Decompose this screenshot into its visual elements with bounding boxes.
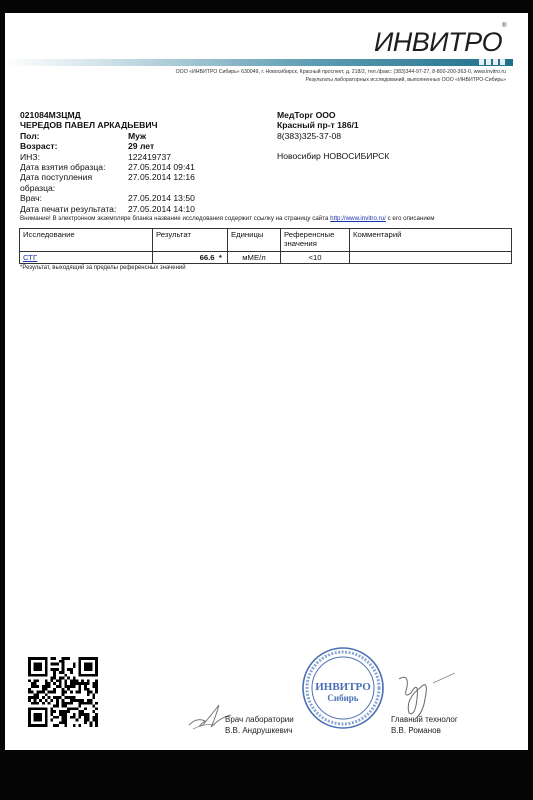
svg-text:Сибирь: Сибирь [327, 693, 358, 703]
clinic-info: МедТорг ООО Красный пр-т 186/1 8(383)325… [277, 110, 389, 162]
field-label: Врач: [20, 193, 128, 203]
patient-field-row: Дата поступления образца:27.05.2014 12:1… [20, 172, 195, 193]
lab-doctor-signature: Врач лаборатории В.В. Андрушкевич [225, 714, 294, 736]
col-header-reference: Референсные значения [281, 229, 350, 252]
footnote: *Результат, выходящий за пределы референ… [20, 265, 186, 271]
field-label: Возраст: [20, 141, 128, 151]
field-label: Дата поступления образца: [20, 172, 128, 193]
results-line: Результаты лабораторных исследований, вы… [305, 77, 506, 83]
field-value: 27.05.2014 09:41 [128, 162, 195, 172]
result-value: 66.6 [200, 253, 215, 262]
clinic-address: Красный пр-т 186/1 [277, 120, 389, 130]
table-row: СТГ 66.6 * мМЕ/л <10 [20, 252, 512, 264]
reference-cell: <10 [281, 252, 350, 264]
company-address: ООО «ИНВИТРО Сибирь» 630049, г. Новосиби… [176, 69, 506, 75]
clinic-name: МедТорг ООО [277, 110, 389, 120]
patient-field-row: Дата печати результата:27.05.2014 14:10 [20, 204, 195, 214]
table-header-row: Исследование Результат Единицы Референсн… [20, 229, 512, 252]
field-value: 27.05.2014 12:16 [128, 172, 195, 193]
header-bar [5, 59, 513, 66]
field-value: 27.05.2014 14:10 [128, 204, 195, 214]
patient-field-row: Врач:27.05.2014 13:50 [20, 193, 195, 203]
out-of-range-flag: * [219, 253, 222, 262]
logo-text: ИНВИТРО [374, 27, 502, 57]
lab-doctor-name: В.В. Андрушкевич [225, 725, 294, 736]
tech-name: В.В. Романов [391, 725, 458, 736]
field-label: Дата печати результата: [20, 204, 128, 214]
tech-title: Главный технолог [391, 714, 458, 725]
results-table: Исследование Результат Единицы Референсн… [19, 228, 512, 264]
result-cell: 66.6 * [153, 252, 228, 264]
order-id: 021084МЗЦМД [20, 110, 195, 120]
field-label: ИНЗ: [20, 152, 128, 162]
col-header-result: Результат [153, 229, 228, 252]
lab-report-page: ИНВИТРО® ООО «ИНВИТРО Сибирь» 630049, г.… [5, 13, 528, 750]
test-link[interactable]: СТГ [23, 253, 37, 262]
notice-text: Внимание! В электронном экземпляре бланк… [20, 215, 330, 222]
field-value: 29 лет [128, 141, 154, 151]
patient-field-row: Возраст:29 лет [20, 141, 195, 151]
notice-text-after: с его описанием [386, 215, 435, 222]
invitro-link[interactable]: http://www.invitro.ru/ [330, 215, 386, 222]
stamp-icon: ИНВИТРО Сибирь [301, 646, 385, 730]
units-cell: мМЕ/л [228, 252, 281, 264]
col-header-comment: Комментарий [350, 229, 512, 252]
qr-code-icon [28, 657, 98, 727]
field-value: Муж [128, 131, 146, 141]
patient-name: ЧЕРЕДОВ ПАВЕЛ АРКАДЬЕВИЧ [20, 120, 195, 130]
patient-field-row: Дата взятия образца:27.05.2014 09:41 [20, 162, 195, 172]
clinic-city: Новосибир НОВОСИБИРСК [277, 151, 389, 161]
lab-doctor-title: Врач лаборатории [225, 714, 294, 725]
notice: Внимание! В электронном экземпляре бланк… [20, 215, 435, 222]
patient-field-row: Пол:Муж [20, 131, 195, 141]
col-header-units: Единицы [228, 229, 281, 252]
col-header-test: Исследование [20, 229, 153, 252]
field-label: Пол: [20, 131, 128, 141]
invitro-logo: ИНВИТРО® [374, 27, 506, 58]
comment-cell [350, 252, 512, 264]
clinic-phone: 8(383)325-37-08 [277, 131, 389, 141]
logo-squares-icon [479, 59, 505, 65]
chief-technologist-signature: Главный технолог В.В. Романов [391, 714, 458, 736]
patient-info: 021084МЗЦМД ЧЕРЕДОВ ПАВЕЛ АРКАДЬЕВИЧ Пол… [20, 110, 195, 214]
field-value: 122419737 [128, 152, 171, 162]
registered-mark: ® [502, 23, 506, 29]
field-label: Дата взятия образца: [20, 162, 128, 172]
patient-field-row: ИНЗ:122419737 [20, 152, 195, 162]
field-value: 27.05.2014 13:50 [128, 193, 195, 203]
svg-text:ИНВИТРО: ИНВИТРО [315, 681, 371, 693]
test-name-cell: СТГ [20, 252, 153, 264]
